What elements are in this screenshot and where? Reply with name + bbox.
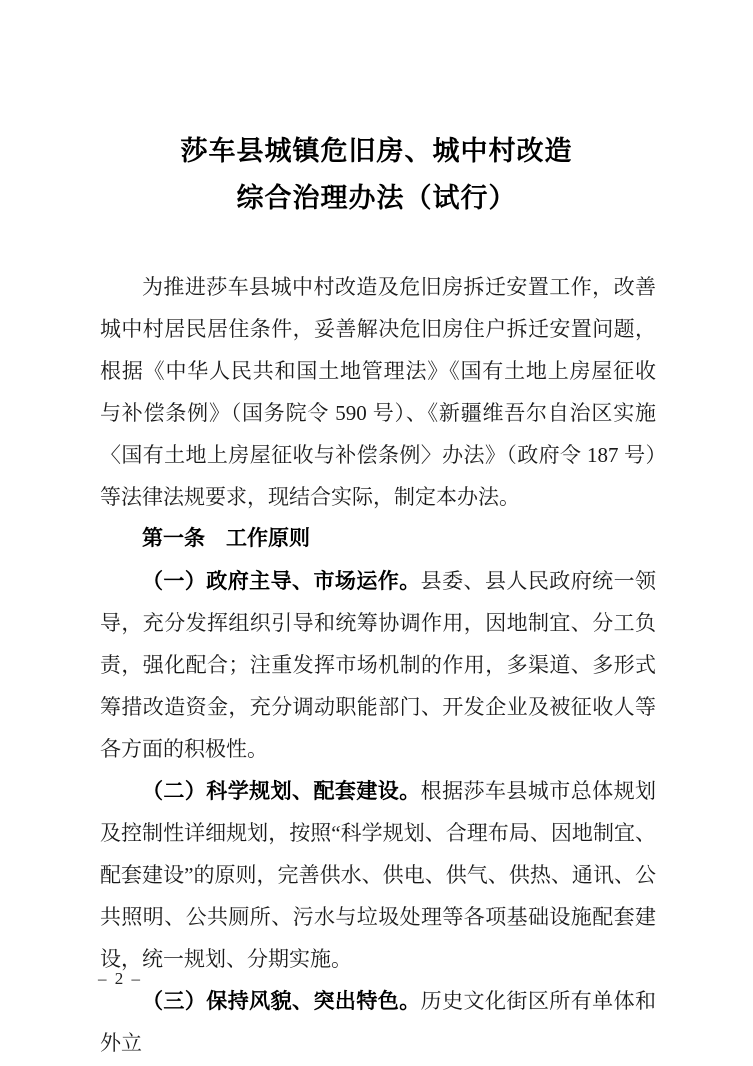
title-line-2: 综合治理办法（试行） <box>0 175 753 222</box>
item-2-paragraph: （二）科学规划、配套建设。根据莎车县城市总体规划及控制性详细规划，按照“科学规划… <box>100 770 656 980</box>
article-1-heading: 第一条 工作原则 <box>100 518 656 560</box>
document-page: 莎车县城镇危旧房、城中村改造 综合治理办法（试行） 为推进莎车县城中村改造及危旧… <box>0 0 753 1066</box>
title-line-1: 莎车县城镇危旧房、城中村改造 <box>0 128 753 175</box>
item-3-paragraph: （三）保持风貌、突出特色。历史文化街区所有单体和外立 <box>100 980 656 1064</box>
item-3-lead: （三）保持风貌、突出特色。 <box>142 989 421 1013</box>
document-body: 为推进莎车县城中村改造及危旧房拆迁安置工作，改善城中村居民居住条件，妥善解决危旧… <box>100 266 656 1064</box>
page-number: – 2 – <box>98 968 142 990</box>
item-1-text: 县委、县人民政府统一领导，充分发挥组织引导和统筹协调作用，因地制宜、分工负责，强… <box>100 569 656 761</box>
document-title: 莎车县城镇危旧房、城中村改造 综合治理办法（试行） <box>0 128 753 222</box>
item-1-paragraph: （一）政府主导、市场运作。县委、县人民政府统一领导，充分发挥组织引导和统筹协调作… <box>100 560 656 770</box>
item-2-text: 根据莎车县城市总体规划及控制性详细规划，按照“科学规划、合理布局、因地制宜、配套… <box>100 779 656 971</box>
item-1-lead: （一）政府主导、市场运作。 <box>142 569 421 593</box>
item-2-lead: （二）科学规划、配套建设。 <box>142 779 421 803</box>
intro-paragraph: 为推进莎车县城中村改造及危旧房拆迁安置工作，改善城中村居民居住条件，妥善解决危旧… <box>100 266 656 518</box>
